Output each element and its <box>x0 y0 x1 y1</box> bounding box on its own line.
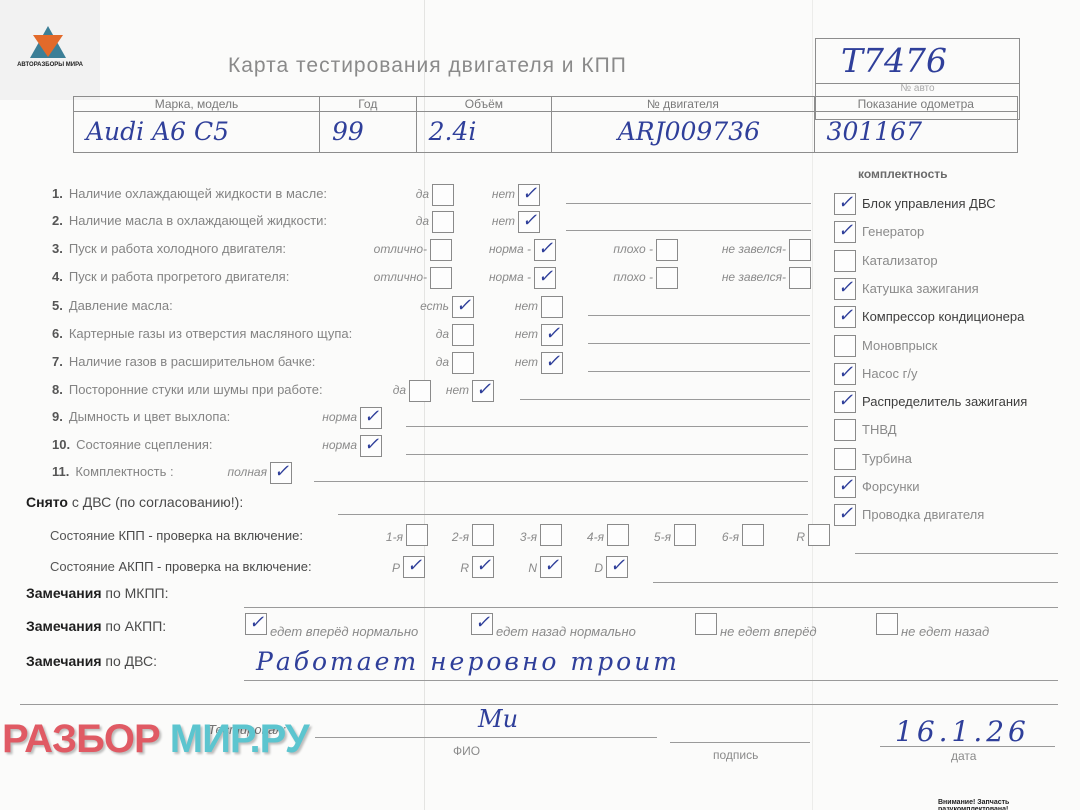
auto-gear-checkbox[interactable]: ✓ <box>403 556 425 578</box>
option-label: нет <box>492 214 515 228</box>
notes-line[interactable] <box>588 343 810 344</box>
at-remark-checkbox[interactable] <box>695 613 717 635</box>
name-line <box>315 737 657 738</box>
at-remark-label: едет назад нормально <box>496 624 636 639</box>
completeness-checkbox[interactable] <box>834 335 856 357</box>
question-number: 6. <box>52 326 63 341</box>
completeness-item-label: Проводка двигателя <box>862 507 984 522</box>
completeness-checkbox[interactable]: ✓ <box>834 193 856 215</box>
option-checkbox[interactable]: ✓ <box>360 435 382 457</box>
manual-gear-checkbox[interactable] <box>472 524 494 546</box>
question-row: 4.Пуск и работа прогретого двигателя: <box>52 269 289 284</box>
question-label: Наличие газов в расширительном бачке: <box>69 354 316 369</box>
question-label: Пуск и работа прогретого двигателя: <box>69 269 289 284</box>
completeness-item-label: Генератор <box>862 224 924 239</box>
removed-label: Снято с ДВС (по согласованию!): <box>26 494 243 510</box>
year-value[interactable]: 99 <box>319 112 416 153</box>
completeness-checkbox[interactable]: ✓ <box>834 363 856 385</box>
option-label: да <box>393 383 406 397</box>
question-row: 8.Посторонние стуки или шумы при работе: <box>52 382 323 397</box>
at-remark-checkbox[interactable]: ✓ <box>245 613 267 635</box>
question-number: 11. <box>52 464 69 479</box>
option-label: норма - <box>489 242 531 256</box>
gear-label: N <box>528 561 537 575</box>
question-number: 9. <box>52 409 63 424</box>
option-label: норма <box>322 438 357 452</box>
option-checkbox[interactable]: ✓ <box>518 211 540 233</box>
option-label: отлично- <box>374 242 427 256</box>
gear-label: P <box>392 561 400 575</box>
at-remark-checkbox[interactable]: ✓ <box>471 613 493 635</box>
option-label: норма <box>322 410 357 424</box>
option-label: нет <box>515 299 538 313</box>
watermark: РАЗБОР МИР.РУ <box>2 717 309 762</box>
remarks-mt-line[interactable] <box>244 607 1058 608</box>
option-checkbox[interactable] <box>789 267 811 289</box>
completeness-item-label: Форсунки <box>862 479 919 494</box>
question-number: 3. <box>52 241 63 256</box>
notes-line[interactable] <box>520 399 810 400</box>
brand-logo: АВТОРАЗБОРЫ МИРА <box>0 0 100 100</box>
check-mark-icon: ✓ <box>838 391 853 411</box>
check-mark-icon: ✓ <box>838 193 853 213</box>
option-checkbox[interactable]: ✓ <box>541 324 563 346</box>
question-number: 7. <box>52 354 63 369</box>
brand-name: АВТОРАЗБОРЫ МИРА <box>14 62 86 69</box>
option-label: да <box>436 327 449 341</box>
option-checkbox[interactable] <box>432 211 454 233</box>
question-row: 2.Наличие масла в охлаждающей жидкости: <box>52 213 327 228</box>
option-label: нет <box>515 327 538 341</box>
check-mark-icon: ✓ <box>407 556 422 576</box>
option-checkbox[interactable]: ✓ <box>518 184 540 206</box>
option-label: да <box>436 355 449 369</box>
notes-line[interactable] <box>588 315 810 316</box>
check-mark-icon: ✓ <box>545 324 560 344</box>
completeness-item-label: Катализатор <box>862 253 938 268</box>
signature-line[interactable] <box>670 742 810 743</box>
question-number: 4. <box>52 269 63 284</box>
option-checkbox[interactable] <box>789 239 811 261</box>
option-checkbox[interactable] <box>430 267 452 289</box>
manual-gearbox-label: Состояние КПП - проверка на включение: <box>50 528 303 543</box>
notes-line[interactable] <box>566 203 811 204</box>
col-engine-number: № двигателя <box>552 97 814 112</box>
completeness-title: комплектность <box>858 167 948 181</box>
question-row: 9.Дымность и цвет выхлопа: <box>52 409 230 424</box>
question-label: Наличие масла в охлаждающей жидкости: <box>69 213 327 228</box>
completeness-item-label: Турбина <box>862 451 912 466</box>
option-checkbox[interactable] <box>452 352 474 374</box>
gear-label: 1-я <box>386 530 403 544</box>
option-label: да <box>416 187 429 201</box>
col-year: Год <box>319 97 416 112</box>
gear-label: 6-я <box>722 530 739 544</box>
remarks-mt-label: Замечания по МКПП: <box>26 585 168 601</box>
stock-number-label: № авто <box>816 83 1019 94</box>
auto-gearbox-label: Состояние АКПП - проверка на включение: <box>50 559 312 574</box>
manual-gear-checkbox[interactable] <box>406 524 428 546</box>
notes-line[interactable] <box>588 371 810 372</box>
completeness-checkbox[interactable] <box>834 448 856 470</box>
check-mark-icon: ✓ <box>522 211 537 231</box>
completeness-checkbox[interactable] <box>834 419 856 441</box>
question-label: Давление масла: <box>69 298 173 313</box>
option-label: не завелся- <box>722 270 786 284</box>
footer-warning: Внимание! Запчасть разукомплектована! <box>938 799 1080 810</box>
check-mark-icon: ✓ <box>838 476 853 496</box>
check-mark-icon: ✓ <box>476 380 491 400</box>
auto-gear-checkbox[interactable]: ✓ <box>540 556 562 578</box>
question-row: 1.Наличие охлаждающей жидкости в масле: <box>52 186 327 201</box>
check-mark-icon: ✓ <box>456 296 471 316</box>
manual-gear-checkbox[interactable] <box>742 524 764 546</box>
question-label: Наличие охлаждающей жидкости в масле: <box>69 186 327 201</box>
notes-line[interactable] <box>566 230 811 231</box>
form-title: Карта тестирования двигателя и КПП <box>228 54 627 78</box>
option-checkbox[interactable]: ✓ <box>452 296 474 318</box>
gear-label: 2-я <box>452 530 469 544</box>
question-label: Комплектность : <box>75 464 173 479</box>
option-label: есть <box>420 299 449 313</box>
auto-gearbox-line[interactable] <box>653 582 1058 583</box>
check-mark-icon: ✓ <box>838 363 853 383</box>
check-mark-icon: ✓ <box>274 462 289 482</box>
gear-label: 5-я <box>654 530 671 544</box>
question-number: 1. <box>52 186 63 201</box>
question-row: 5.Давление масла: <box>52 298 173 313</box>
check-mark-icon: ✓ <box>544 556 559 576</box>
question-label: Состояние сцепления: <box>76 437 212 452</box>
check-mark-icon: ✓ <box>838 306 853 326</box>
stock-number: T7476 <box>841 41 947 80</box>
remarks-engine-value[interactable]: Работает неровно троит <box>256 647 680 676</box>
engine-number-value[interactable]: ARJ009736 <box>552 112 814 153</box>
check-mark-icon: ✓ <box>538 267 553 287</box>
option-label: плохо - <box>613 270 653 284</box>
option-label: нет <box>515 355 538 369</box>
gear-label: R <box>796 530 805 544</box>
manual-gearbox-line[interactable] <box>855 553 1058 554</box>
option-checkbox[interactable] <box>430 239 452 261</box>
date-value[interactable]: 16.1.26 <box>895 715 1030 748</box>
completeness-item-label: Блок управления ДВС <box>862 196 996 211</box>
option-label: плохо - <box>613 242 653 256</box>
remarks-engine-label: Замечания по ДВС: <box>26 653 157 669</box>
col-odometer: Показание одометра <box>814 97 1017 112</box>
option-label: да <box>416 214 429 228</box>
manual-gear-checkbox[interactable] <box>540 524 562 546</box>
option-checkbox[interactable]: ✓ <box>534 267 556 289</box>
completeness-checkbox[interactable]: ✓ <box>834 221 856 243</box>
manual-gear-checkbox[interactable] <box>808 524 830 546</box>
completeness-item-label: Насос г/у <box>862 366 917 381</box>
gear-label: 4-я <box>587 530 604 544</box>
check-mark-icon: ✓ <box>364 435 379 455</box>
check-mark-icon: ✓ <box>249 613 264 633</box>
check-mark-icon: ✓ <box>545 352 560 372</box>
option-label: полная <box>228 465 267 479</box>
option-checkbox[interactable]: ✓ <box>472 380 494 402</box>
manual-gear-checkbox[interactable] <box>674 524 696 546</box>
at-remark-checkbox[interactable] <box>876 613 898 635</box>
date-line <box>880 746 1055 747</box>
v-logo-icon <box>33 35 63 57</box>
at-remark-label: не едет назад <box>901 624 989 639</box>
option-checkbox[interactable]: ✓ <box>534 239 556 261</box>
gear-label: 3-я <box>520 530 537 544</box>
manual-gear-checkbox[interactable] <box>607 524 629 546</box>
question-number: 5. <box>52 298 63 313</box>
question-label: Картерные газы из отверстия масляного щу… <box>69 326 352 341</box>
option-checkbox[interactable] <box>541 296 563 318</box>
gear-label: R <box>460 561 469 575</box>
auto-gear-checkbox[interactable]: ✓ <box>606 556 628 578</box>
at-remark-label: едет вперёд нормально <box>270 624 418 639</box>
notes-line[interactable] <box>406 426 808 427</box>
option-checkbox[interactable]: ✓ <box>270 462 292 484</box>
option-label: нет <box>492 187 515 201</box>
completeness-checkbox[interactable]: ✓ <box>834 391 856 413</box>
check-mark-icon: ✓ <box>838 504 853 524</box>
remarks-engine-line <box>244 680 1058 681</box>
option-checkbox[interactable] <box>409 380 431 402</box>
col-volume: Объём <box>416 97 552 112</box>
tester-name-value[interactable]: Ми <box>478 705 518 733</box>
col-make-model: Марка, модель <box>74 97 320 112</box>
check-mark-icon: ✓ <box>838 278 853 298</box>
completeness-checkbox[interactable]: ✓ <box>834 306 856 328</box>
remarks-engine-line-2 <box>20 704 1058 705</box>
notes-line[interactable] <box>314 481 808 482</box>
question-number: 10. <box>52 437 70 452</box>
completeness-item-label: Моновпрыск <box>862 338 937 353</box>
question-row: 7.Наличие газов в расширительном бачке: <box>52 354 315 369</box>
question-label: Пуск и работа холодного двигателя: <box>69 241 286 256</box>
vehicle-info-table: Марка, модель Год Объём № двигателя Пока… <box>73 96 1018 153</box>
date-caption: дата <box>951 749 976 763</box>
completeness-checkbox[interactable]: ✓ <box>834 504 856 526</box>
option-label: отлично- <box>374 270 427 284</box>
question-row: 11.Комплектность : <box>52 464 174 479</box>
completeness-item-label: Распределитель зажигания <box>862 394 1027 409</box>
make-model-value[interactable]: Audi A6 C5 <box>74 112 320 153</box>
question-number: 2. <box>52 213 63 228</box>
completeness-item-label: Катушка зажигания <box>862 281 979 296</box>
check-mark-icon: ✓ <box>538 239 553 259</box>
option-checkbox[interactable]: ✓ <box>541 352 563 374</box>
odometer-value[interactable]: 301167 <box>814 112 1017 153</box>
completeness-checkbox[interactable]: ✓ <box>834 278 856 300</box>
removed-input-line[interactable] <box>338 514 808 515</box>
option-label: не завелся- <box>722 242 786 256</box>
question-number: 8. <box>52 382 63 397</box>
option-checkbox[interactable] <box>656 267 678 289</box>
check-mark-icon: ✓ <box>475 613 490 633</box>
question-label: Посторонние стуки или шумы при работе: <box>69 382 323 397</box>
gear-label: D <box>594 561 603 575</box>
question-label: Дымность и цвет выхлопа: <box>69 409 230 424</box>
option-label: норма - <box>489 270 531 284</box>
check-mark-icon: ✓ <box>838 221 853 241</box>
question-row: 3.Пуск и работа холодного двигателя: <box>52 241 286 256</box>
option-checkbox[interactable]: ✓ <box>360 407 382 429</box>
completeness-item-label: Компрессор кондиционера <box>862 309 1024 324</box>
check-mark-icon: ✓ <box>522 184 537 204</box>
check-mark-icon: ✓ <box>610 556 625 576</box>
option-checkbox[interactable] <box>656 239 678 261</box>
question-row: 10.Состояние сцепления: <box>52 437 213 452</box>
at-remark-label: не едет вперёд <box>720 624 817 639</box>
name-caption: ФИО <box>453 744 480 758</box>
check-mark-icon: ✓ <box>364 407 379 427</box>
remarks-at-label: Замечания по АКПП: <box>26 618 166 634</box>
notes-line[interactable] <box>406 454 808 455</box>
option-label: нет <box>446 383 469 397</box>
option-checkbox[interactable] <box>452 324 474 346</box>
check-mark-icon: ✓ <box>476 556 491 576</box>
question-row: 6.Картерные газы из отверстия масляного … <box>52 326 352 341</box>
option-checkbox[interactable] <box>432 184 454 206</box>
signature-caption: подпись <box>713 748 758 762</box>
completeness-item-label: ТНВД <box>862 422 897 437</box>
completeness-checkbox[interactable] <box>834 250 856 272</box>
completeness-checkbox[interactable]: ✓ <box>834 476 856 498</box>
volume-value[interactable]: 2.4i <box>416 112 552 153</box>
auto-gear-checkbox[interactable]: ✓ <box>472 556 494 578</box>
